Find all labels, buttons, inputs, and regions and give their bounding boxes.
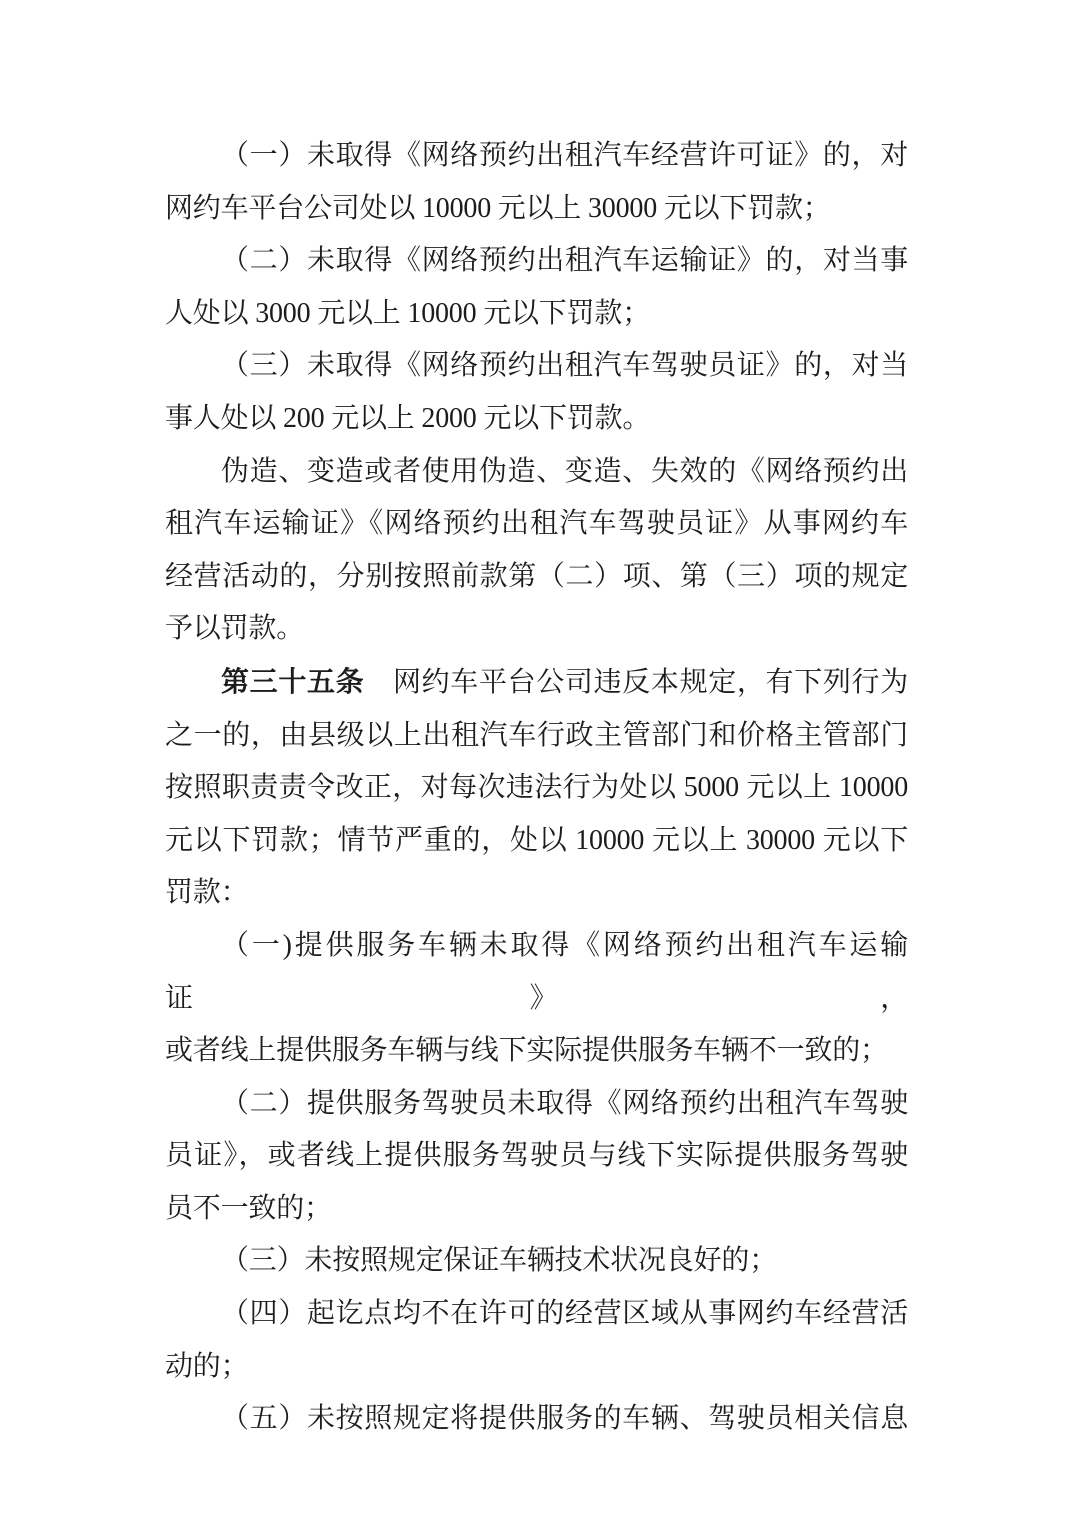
text-line: 或者线上提供服务车辆与线下实际提供服务车辆不一致的； [165, 1025, 908, 1078]
paragraph: （一)提供服务车辆未取得《网络预约出租汽车运输证》，或者线上提供服务车辆与线下实… [165, 920, 908, 1078]
text-line: 事人处以 200 元以上 2000 元以下罚款。 [165, 393, 908, 446]
text-line: （一)提供服务车辆未取得《网络预约出租汽车运输证》， [165, 920, 908, 1025]
text-run: 网约车平台公司处以 10000 元以上 30000 元以下罚款； [165, 193, 831, 224]
text-line: （三）未按照规定保证车辆技术状况良好的； [165, 1235, 908, 1288]
article-number-bold: 第三十五条 [221, 666, 364, 697]
paragraph: 第三十五条 网约车平台公司违反本规定，有下列行为之一的，由县级以上出租汽车行政主… [165, 656, 908, 920]
text-line: 网约车平台公司处以 10000 元以上 30000 元以下罚款； [165, 183, 908, 236]
text-line: 予以罚款。 [165, 603, 908, 656]
paragraph: （二）未取得《网络预约出租汽车运输证》的，对当事人处以 3000 元以上 100… [165, 235, 908, 340]
paragraph: （五）未按照规定将提供服务的车辆、驾驶员相关信息 [165, 1393, 908, 1446]
text-run: （五）未按照规定将提供服务的车辆、驾驶员相关信息 [221, 1403, 908, 1434]
text-run: 租汽车运输证》《网络预约出租汽车驾驶员证》从事网约车 [165, 508, 908, 539]
text-line: 伪造、变造或者使用伪造、变造、失效的《网络预约出 [165, 446, 908, 499]
text-run: 网约车平台公司违反本规定，有下列行为 [364, 667, 908, 698]
text-run: 或者线上提供服务车辆与线下实际提供服务车辆不一致的； [165, 1035, 888, 1066]
text-line: 动的； [165, 1341, 908, 1394]
text-run: （二）未取得《网络预约出租汽车运输证》的，对当事 [221, 245, 908, 276]
text-run: 员不一致的； [165, 1193, 332, 1224]
text-run: 动的； [165, 1351, 248, 1382]
text-line: 人处以 3000 元以上 10000 元以下罚款； [165, 288, 908, 341]
text-run: 员证》，或者线上提供服务驾驶员与线下实际提供服务驾驶 [165, 1140, 908, 1171]
text-run: 罚款： [165, 877, 248, 908]
paragraph: （四）起讫点均不在许可的经营区域从事网约车经营活动的； [165, 1288, 908, 1393]
text-line: 经营活动的，分别按照前款第（二）项、第（三）项的规定 [165, 551, 908, 604]
text-line: （二）提供服务驾驶员未取得《网络预约出租汽车驾驶 [165, 1078, 908, 1131]
text-line: 罚款： [165, 867, 908, 920]
paragraph: （三）未按照规定保证车辆技术状况良好的； [165, 1235, 908, 1288]
text-line: （一）未取得《网络预约出租汽车经营许可证》的，对 [165, 130, 908, 183]
text-line: 员证》，或者线上提供服务驾驶员与线下实际提供服务驾驶 [165, 1130, 908, 1183]
document-page: （一）未取得《网络预约出租汽车经营许可证》的，对网约车平台公司处以 10000 … [0, 0, 1074, 1520]
text-run: 事人处以 200 元以上 2000 元以下罚款。 [165, 403, 650, 434]
paragraph: （一）未取得《网络预约出租汽车经营许可证》的，对网约车平台公司处以 10000 … [165, 130, 908, 235]
text-line: 第三十五条 网约车平台公司违反本规定，有下列行为 [165, 656, 908, 710]
text-run: （一）未取得《网络预约出租汽车经营许可证》的，对 [221, 140, 908, 171]
text-run: 按照职责责令改正，对每次违法行为处以 5000 元以上 10000 [165, 772, 908, 803]
text-line: 按照职责责令改正，对每次违法行为处以 5000 元以上 10000 [165, 762, 908, 815]
text-run: 予以罚款。 [165, 613, 304, 644]
paragraph: （二）提供服务驾驶员未取得《网络预约出租汽车驾驶员证》，或者线上提供服务驾驶员与… [165, 1078, 908, 1236]
text-line: （五）未按照规定将提供服务的车辆、驾驶员相关信息 [165, 1393, 908, 1446]
text-run: （四）起讫点均不在许可的经营区域从事网约车经营活 [221, 1298, 908, 1329]
document-content: （一）未取得《网络预约出租汽车经营许可证》的，对网约车平台公司处以 10000 … [0, 0, 1074, 1446]
text-run: 经营活动的，分别按照前款第（二）项、第（三）项的规定 [165, 561, 908, 592]
text-line: 租汽车运输证》《网络预约出租汽车驾驶员证》从事网约车 [165, 498, 908, 551]
text-line: （四）起讫点均不在许可的经营区域从事网约车经营活 [165, 1288, 908, 1341]
text-run: （二）提供服务驾驶员未取得《网络预约出租汽车驾驶 [221, 1088, 908, 1119]
text-line: 之一的，由县级以上出租汽车行政主管部门和价格主管部门 [165, 710, 908, 763]
text-run: （一)提供服务车辆未取得《网络预约出租汽车运输证》， [165, 930, 908, 1014]
text-line: 元以下罚款；情节严重的，处以 10000 元以上 30000 元以下 [165, 815, 908, 868]
text-run: （三）未按照规定保证车辆技术状况良好的； [221, 1245, 777, 1276]
text-line: （二）未取得《网络预约出租汽车运输证》的，对当事 [165, 235, 908, 288]
paragraph: （三）未取得《网络预约出租汽车驾驶员证》的，对当事人处以 200 元以上 200… [165, 340, 908, 445]
paragraph: 伪造、变造或者使用伪造、变造、失效的《网络预约出租汽车运输证》《网络预约出租汽车… [165, 446, 908, 656]
text-run: 人处以 3000 元以上 10000 元以下罚款； [165, 298, 650, 329]
text-run: （三）未取得《网络预约出租汽车驾驶员证》的，对当 [221, 350, 908, 381]
text-line: （三）未取得《网络预约出租汽车驾驶员证》的，对当 [165, 340, 908, 393]
text-run: 元以下罚款；情节严重的，处以 10000 元以上 30000 元以下 [165, 825, 908, 856]
text-run: 伪造、变造或者使用伪造、变造、失效的《网络预约出 [221, 456, 908, 487]
text-line: 员不一致的； [165, 1183, 908, 1236]
text-run: 之一的，由县级以上出租汽车行政主管部门和价格主管部门 [165, 720, 908, 751]
